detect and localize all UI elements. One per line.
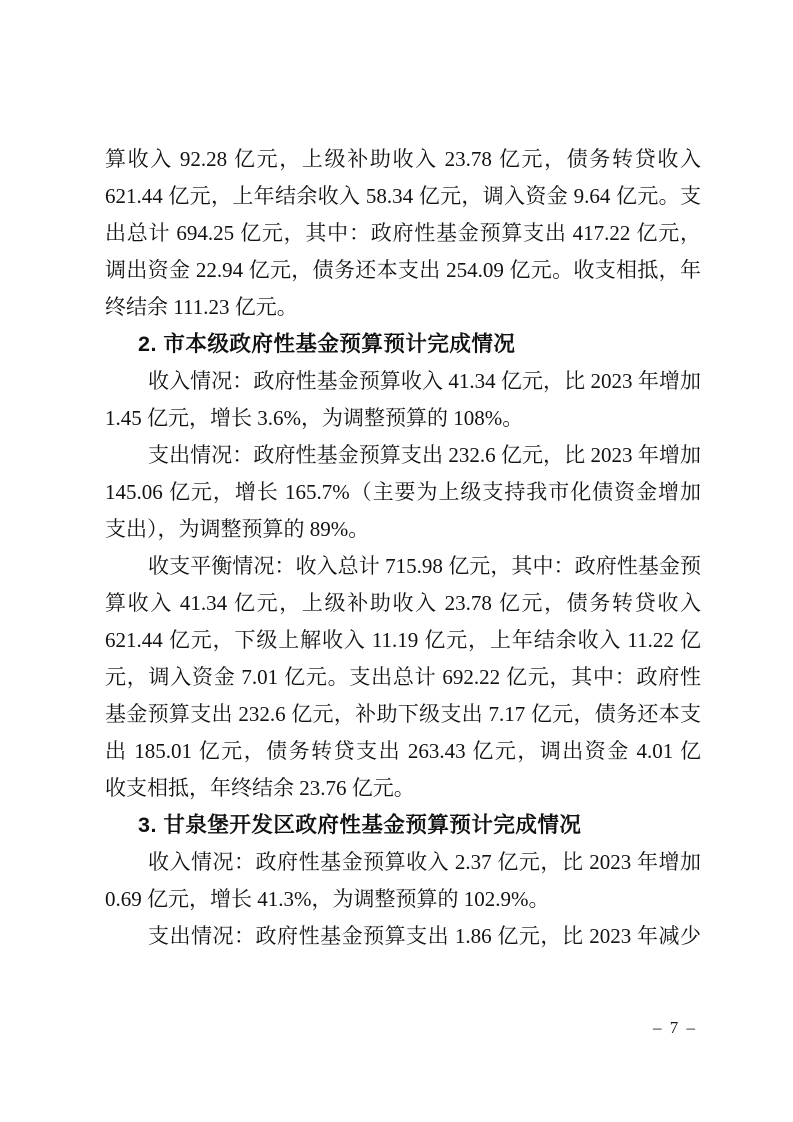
section-heading-2: 2. 市本级政府性基金预算预计完成情况	[105, 326, 701, 363]
body-line: 算收入 41.34 亿元，上级补助收入 23.78 亿元，债务转贷收入	[105, 585, 701, 622]
body-line: 支出情况：政府性基金预算支出 232.6 亿元，比 2023 年增加	[105, 437, 701, 474]
text-block: 算收入 92.28 亿元，上级补助收入 23.78 亿元，债务转贷收入 621.…	[105, 141, 701, 955]
body-line: 终结余 111.23 亿元。	[105, 289, 701, 326]
page-number: – 7 –	[630, 1014, 720, 1042]
body-line: 1.45 亿元，增长 3.6%，为调整预算的 108%。	[105, 400, 701, 437]
body-line: 调出资金 22.94 亿元，债务还本支出 254.09 亿元。收支相抵，年	[105, 252, 701, 289]
body-line: 出 185.01 亿元，债务转贷支出 263.43 亿元，调出资金 4.01 亿…	[105, 733, 701, 770]
body-line: 621.44 亿元，上年结余收入 58.34 亿元，调入资金 9.64 亿元。支	[105, 178, 701, 215]
body-line: 算收入 92.28 亿元，上级补助收入 23.78 亿元，债务转贷收入	[105, 141, 701, 178]
body-line: 出总计 694.25 亿元，其中：政府性基金预算支出 417.22 亿元，	[105, 215, 701, 252]
body-line: 支出情况：政府性基金预算支出 1.86 亿元，比 2023 年减少	[105, 918, 701, 955]
body-line: 621.44 亿元，下级上解收入 11.19 亿元，上年结余收入 11.22 亿	[105, 622, 701, 659]
document-page: 算收入 92.28 亿元，上级补助收入 23.78 亿元，债务转贷收入 621.…	[0, 0, 793, 1122]
body-line: 0.69 亿元，增长 41.3%，为调整预算的 102.9%。	[105, 881, 701, 918]
body-line: 元，调入资金 7.01 亿元。支出总计 692.22 亿元，其中：政府性	[105, 659, 701, 696]
body-line: 支出），为调整预算的 89%。	[105, 511, 701, 548]
body-line: 收支平衡情况：收入总计 715.98 亿元，其中：政府性基金预	[105, 548, 701, 585]
body-line: 收入情况：政府性基金预算收入 41.34 亿元，比 2023 年增加	[105, 363, 701, 400]
section-heading-3: 3. 甘泉堡开发区政府性基金预算预计完成情况	[105, 807, 701, 844]
body-line: 145.06 亿元，增长 165.7%（主要为上级支持我市化债资金增加	[105, 474, 701, 511]
body-line: 收支相抵，年终结余 23.76 亿元。	[105, 770, 701, 807]
body-line: 基金预算支出 232.6 亿元，补助下级支出 7.17 亿元，债务还本支	[105, 696, 701, 733]
body-line: 收入情况：政府性基金预算收入 2.37 亿元，比 2023 年增加	[105, 844, 701, 881]
